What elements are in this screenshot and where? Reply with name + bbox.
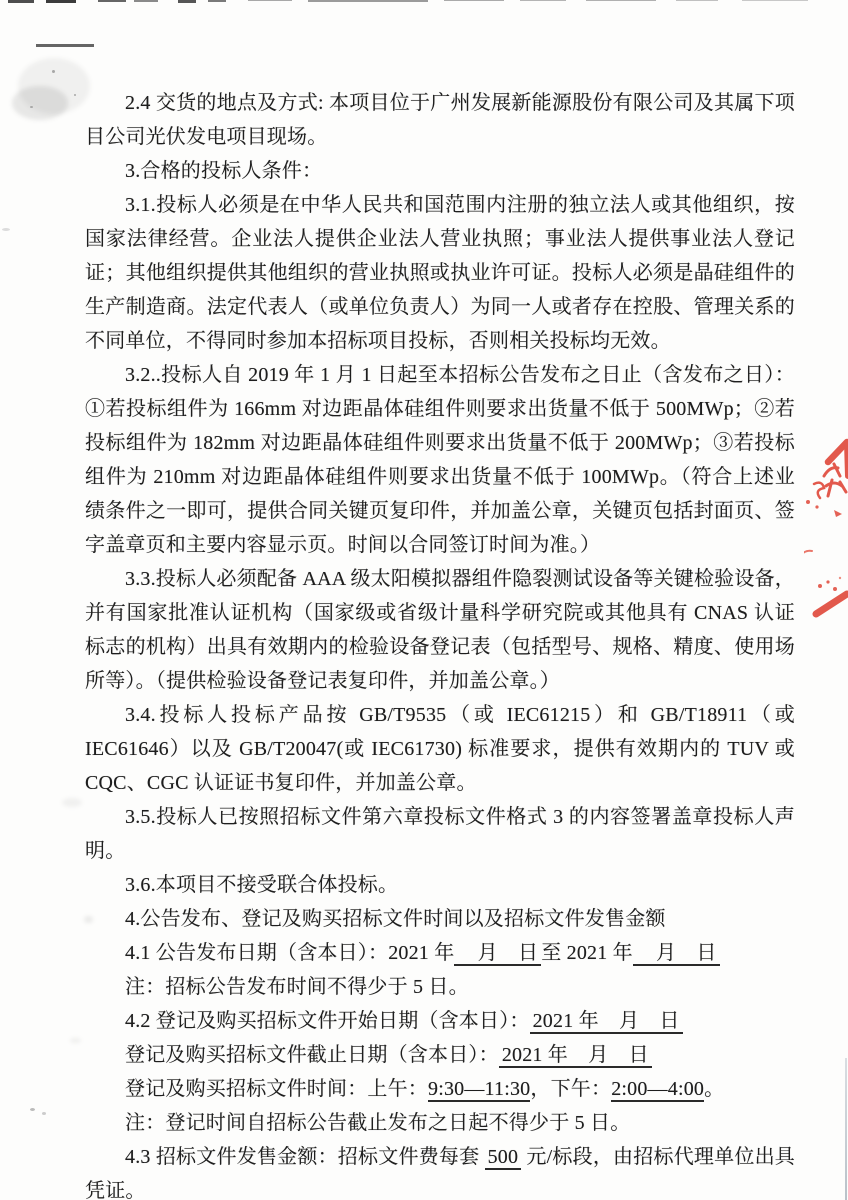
- scan-artifact: [444, 0, 504, 1]
- paragraph-4-1-text: 4.1 公告发布日期（含本日）：2021 年: [125, 942, 454, 964]
- paragraph-4-2-time-suffix: 。: [704, 1078, 724, 1100]
- scan-artifact: [308, 0, 428, 2]
- note-announcement-duration-text: 注：招标公告发布时间不得少于 5 日。: [125, 976, 469, 998]
- note-registration-duration: 注：登记时间自招标公告截止发布之日起不得少于 5 日。: [85, 1106, 795, 1140]
- paragraph-4-1: 4.1 公告发布日期（含本日）：2021 年 月 日至 2021 年 月 日: [85, 936, 795, 970]
- paragraph-4-3-text: 4.3 招标文件发售金额：招标文件费每套: [125, 1146, 485, 1168]
- paragraph-3-3-text: 3.3.投标人必须配备 AAA 级太阳模拟器组件隐裂测试设备等关键检验设备，并有…: [85, 568, 795, 692]
- blank-field-end-date: 2021 年 月 日: [499, 1044, 652, 1068]
- note-announcement-duration: 注：招标公告发布时间不得少于 5 日。: [85, 970, 795, 1004]
- paragraph-4-2-start: 4.2 登记及购买招标文件开始日期（含本日）：2021 年 月 日: [85, 1004, 795, 1038]
- paragraph-4-2-start-text: 4.2 登记及购买招标文件开始日期（含本日）：: [125, 1010, 530, 1032]
- scan-artifact: [42, 1112, 46, 1115]
- scan-artifact: [30, 1108, 35, 1111]
- scan-artifact: [74, 94, 76, 96]
- scan-artifact: [62, 798, 82, 807]
- scan-artifact: [676, 0, 718, 1]
- scan-artifact: [178, 0, 196, 3]
- paragraph-3-4-text: 3.4.投标人投标产品按 GB/T9535（或 IEC61215）和 GB/T1…: [85, 704, 795, 794]
- paragraph-3-2: 3.2..投标人自 2019 年 1 月 1 日起至本招标公告发布之日止（含发布…: [85, 358, 795, 562]
- scan-artifact: [586, 0, 656, 1]
- paragraph-4-2-time-mid: ，下午：: [530, 1078, 611, 1100]
- paragraph-3-5: 3.5.投标人已按照招标文件第六章投标文件格式 3 的内容签署盖章投标人声明。: [85, 800, 795, 868]
- paragraph-4-2-time: 登记及购买招标文件时间：上午：9:30—11:30，下午：2:00—4:00。: [85, 1072, 795, 1106]
- red-stamp-fragment: [804, 428, 848, 628]
- scan-artifact: [134, 0, 158, 2]
- paragraph-3-2-text: 3.2..投标人自 2019 年 1 月 1 日起至本招标公告发布之日止（含发布…: [85, 364, 795, 556]
- scan-artifact: [742, 0, 808, 1]
- scan-artifact: [98, 0, 126, 2]
- scan-artifact: [2, 228, 10, 231]
- scan-artifact: [70, 1038, 81, 1043]
- scan-artifact: [36, 44, 94, 47]
- blank-field-month-day-1: 月 日: [454, 942, 541, 966]
- paragraph-2-4-text: 2.4 交货的地点及方式: 本项目位于广州发展新能源股份有限公司及其属下项目公司…: [85, 92, 795, 148]
- paragraph-3-3: 3.3.投标人必须配备 AAA 级太阳模拟器组件隐裂测试设备等关键检验设备，并有…: [85, 562, 795, 698]
- scan-artifact: [12, 86, 68, 120]
- note-registration-duration-text: 注：登记时间自招标公告截止发布之日起不得少于 5 日。: [125, 1112, 630, 1134]
- scan-artifact: [845, 1058, 847, 1200]
- scan-artifact: [52, 70, 55, 73]
- scan-artifact: [30, 106, 33, 108]
- paragraph-4-3: 4.3 招标文件发售金额：招标文件费每套 500 元/标段，由招标代理单位出具凭…: [85, 1140, 795, 1200]
- paragraph-3-5-text: 3.5.投标人已按照招标文件第六章投标文件格式 3 的内容签署盖章投标人声明。: [85, 806, 795, 862]
- blank-field-start-date: 2021 年 月 日: [530, 1010, 683, 1034]
- section-3-heading: 3.合格的投标人条件：: [85, 154, 795, 188]
- paragraph-3-1-text: 3.1.投标人必须是在中华人民共和国范围内注册的独立法人或其他组织，按国家法律经…: [85, 194, 795, 352]
- paragraph-4-2-end: 登记及购买招标文件截止日期（含本日）：2021 年 月 日: [85, 1038, 795, 1072]
- scan-artifact: [46, 0, 76, 3]
- paragraph-3-6: 3.6.本项目不接受联合体投标。: [85, 868, 795, 902]
- paragraph-4-2-end-text: 登记及购买招标文件截止日期（含本日）：: [125, 1044, 499, 1066]
- section-4-heading-text: 4.公告发布、登记及购买招标文件时间以及招标文件发售金额: [125, 908, 666, 930]
- blank-field-month-day-2: 月 日: [633, 942, 720, 966]
- document-body: 2.4 交货的地点及方式: 本项目位于广州发展新能源股份有限公司及其属下项目公司…: [85, 86, 795, 1200]
- paragraph-4-2-time-text: 登记及购买招标文件时间：上午：: [125, 1078, 428, 1100]
- scan-artifact: [8, 0, 34, 3]
- document-fee-value: 500: [485, 1146, 522, 1170]
- paragraph-3-1: 3.1.投标人必须是在中华人民共和国范围内注册的独立法人或其他组织，按国家法律经…: [85, 188, 795, 358]
- scan-artifact: [520, 0, 566, 1]
- paragraph-4-1-mid: 至 2021 年: [541, 942, 633, 964]
- time-range-pm: 2:00—4:00: [611, 1078, 704, 1102]
- section-3-heading-text: 3.合格的投标人条件：: [125, 160, 322, 182]
- scan-artifact: [208, 0, 226, 2]
- paragraph-3-6-text: 3.6.本项目不接受联合体投标。: [125, 874, 398, 896]
- paragraph-2-4: 2.4 交货的地点及方式: 本项目位于广州发展新能源股份有限公司及其属下项目公司…: [85, 86, 795, 154]
- document-page: 2.4 交货的地点及方式: 本项目位于广州发展新能源股份有限公司及其属下项目公司…: [0, 0, 848, 1200]
- time-range-am: 9:30—11:30: [428, 1078, 530, 1102]
- section-4-heading: 4.公告发布、登记及购买招标文件时间以及招标文件发售金额: [85, 902, 795, 936]
- paragraph-3-4: 3.4.投标人投标产品按 GB/T9535（或 IEC61215）和 GB/T1…: [85, 698, 795, 800]
- scan-artifact: [248, 0, 292, 1]
